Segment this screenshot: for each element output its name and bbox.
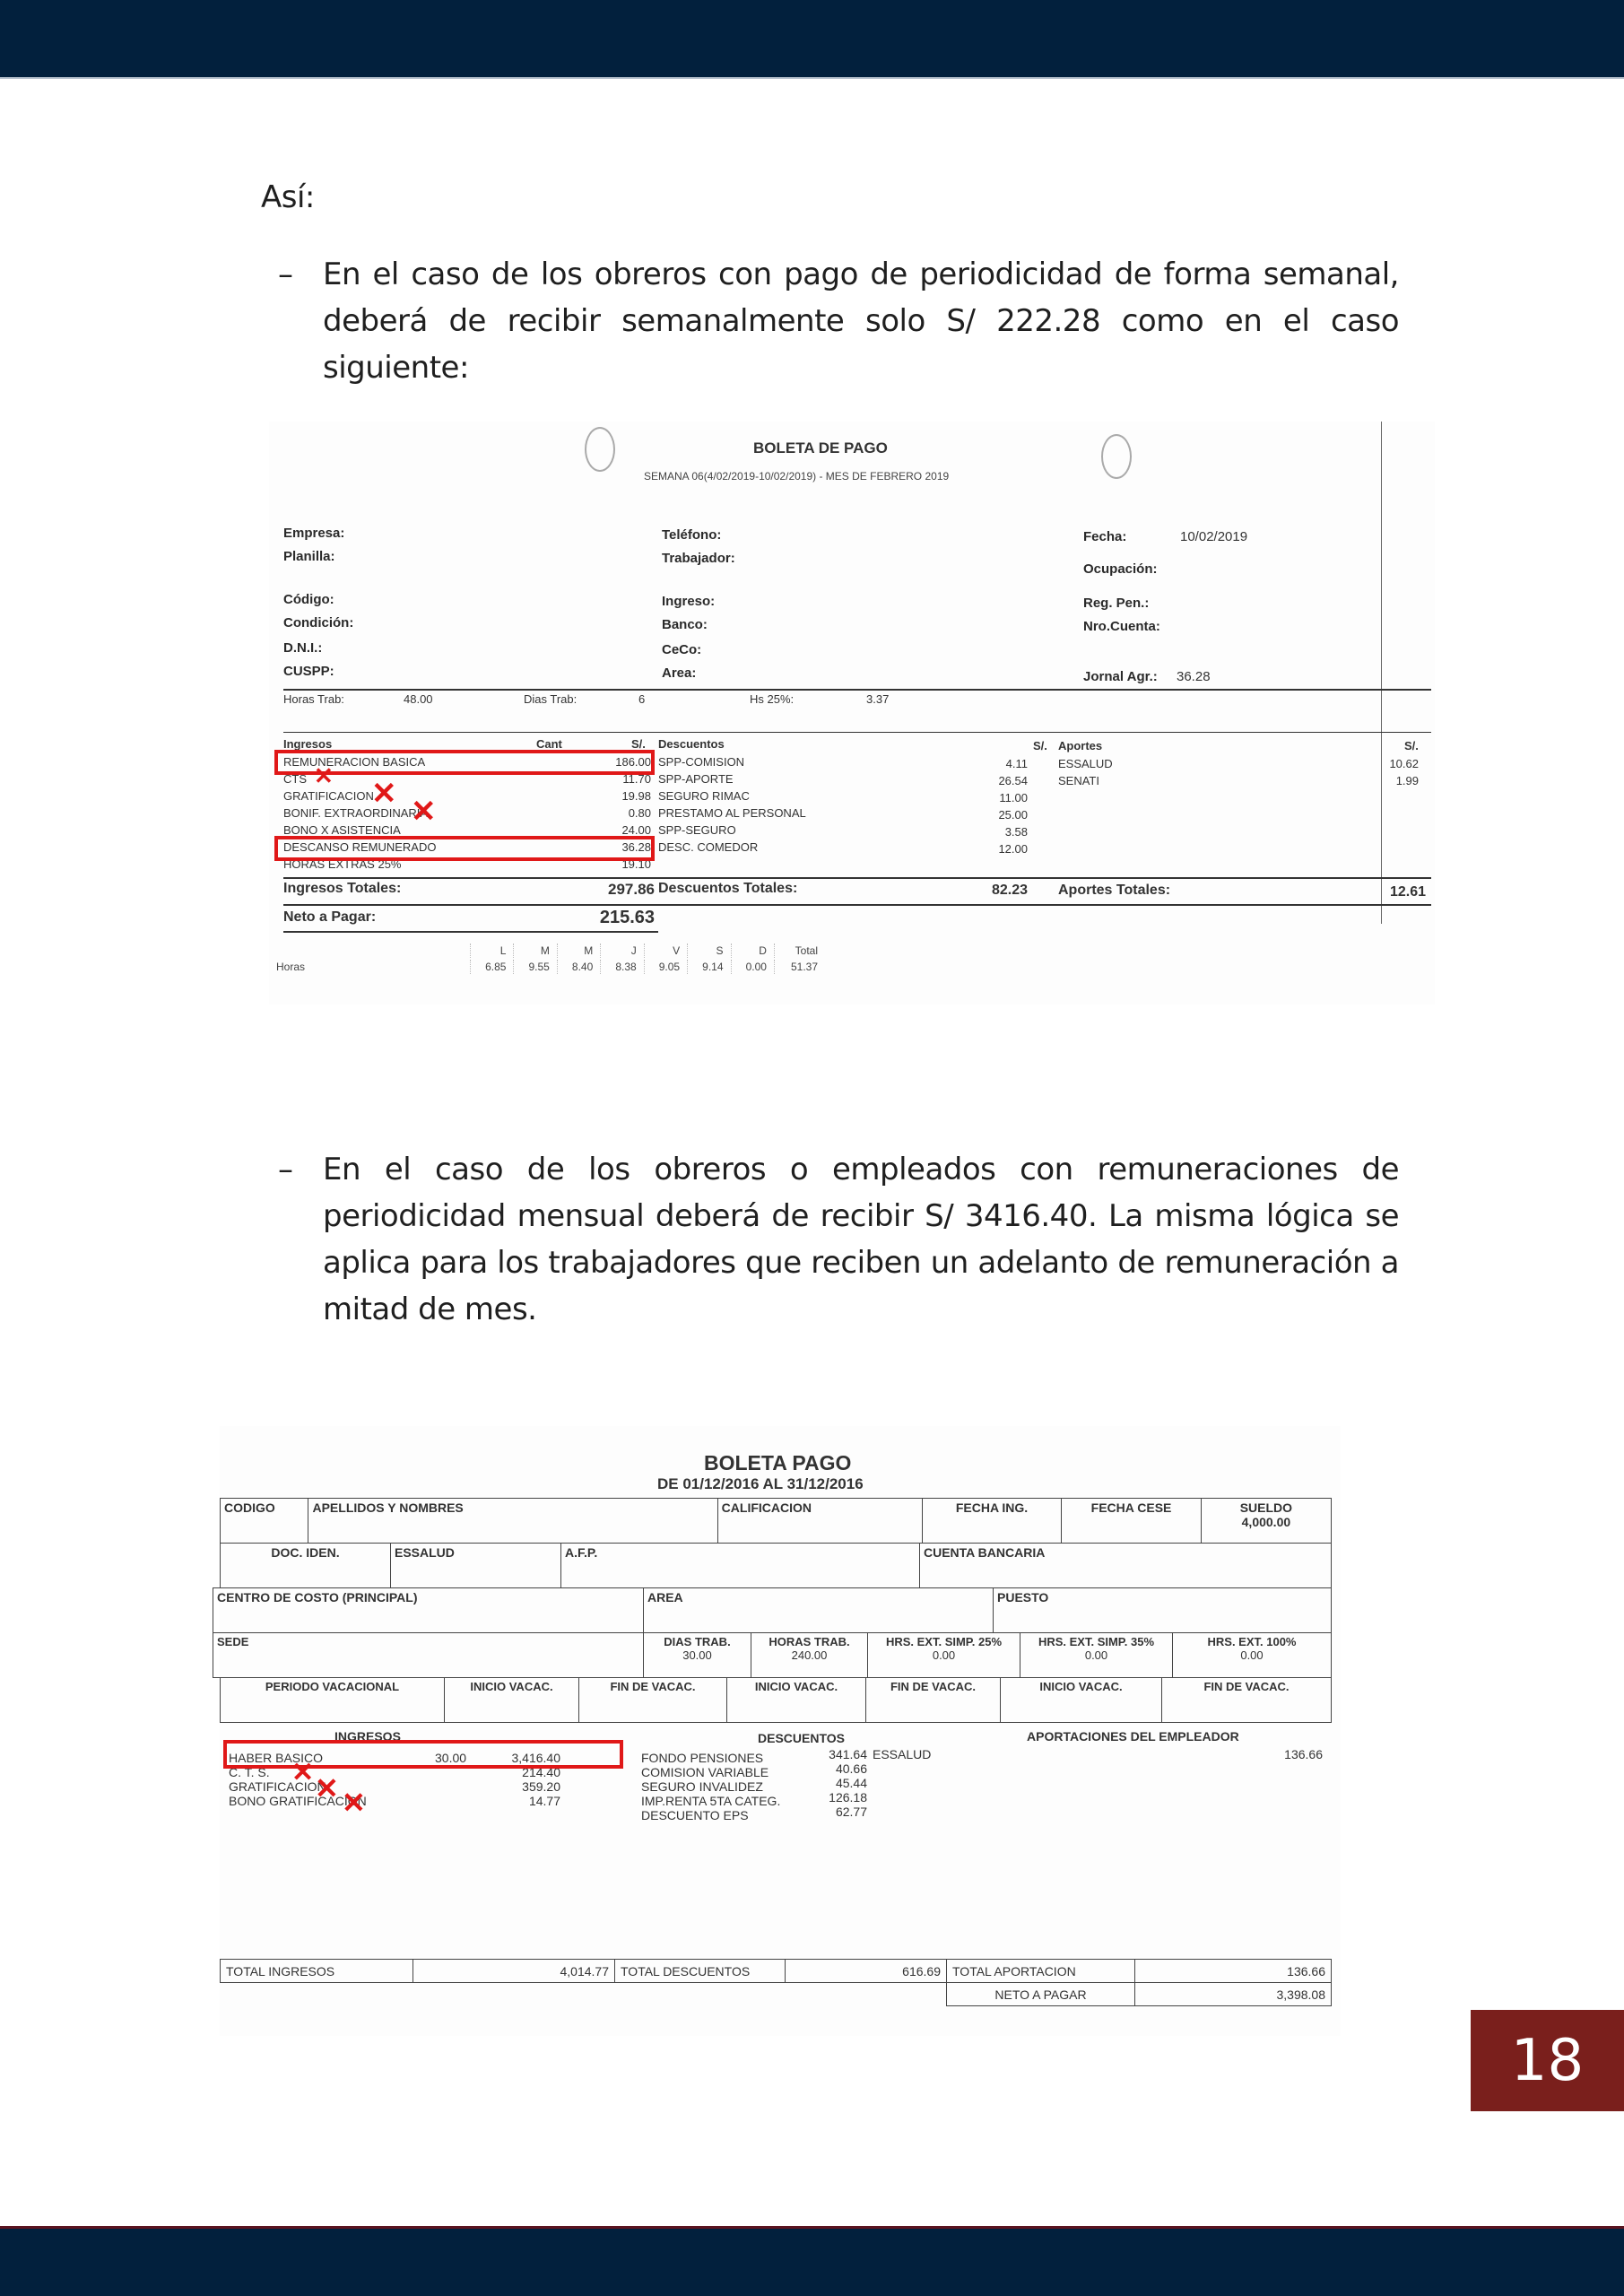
divider [283, 689, 1431, 691]
aporte-label: SENATI [1058, 774, 1099, 787]
divider [1381, 422, 1382, 924]
hours-value: 9.55 [513, 960, 554, 974]
trabajador-label: Trabajador: [662, 551, 735, 566]
payslip-period: SEMANA 06(4/02/2019-10/02/2019) - MES DE… [644, 470, 949, 483]
cross-mark-icon: ✕ [314, 764, 334, 787]
cross-mark-icon: ✕ [371, 778, 397, 809]
hrs100-label: HRS. EXT. 100% [1177, 1635, 1327, 1648]
bullet-monthly: – En el caso de los obreros o empleados … [278, 1146, 1399, 1333]
ingresos-totales-value: 297.86 [565, 881, 655, 899]
aportaciones-header: APORTACIONES DEL EMPLEADOR [1027, 1729, 1239, 1744]
ingreso-value: 0.80 [579, 806, 651, 820]
descuento-value: 11.00 [956, 791, 1028, 804]
hrs35-value: 0.00 [1024, 1648, 1168, 1662]
hours-value: 8.40 [557, 960, 598, 974]
descuento-label: SPP-APORTE [658, 772, 734, 786]
sueldo-cell: SUELDO 4,000.00 [1201, 1499, 1331, 1544]
descuento-label: SPP-SEGURO [658, 823, 736, 837]
intro-text: Así: [261, 179, 315, 215]
telefono-label: Teléfono: [662, 527, 721, 543]
hours-grid: SEDE DIAS TRAB. 30.00 HORAS TRAB. 240.00… [213, 1632, 1332, 1678]
hrs35-cell: HRS. EXT. SIMP. 35% 0.00 [1020, 1633, 1173, 1678]
dni-label: D.N.I.: [283, 640, 322, 656]
total-descuentos-value: 616.69 [786, 1960, 947, 1983]
ingresos-header: Ingresos [283, 737, 332, 751]
area-label: Area: [662, 665, 696, 681]
planilla-label: Planilla: [283, 549, 335, 564]
cross-mark-icon: ✕ [342, 1788, 366, 1817]
ingresos-totales-label: Ingresos Totales: [283, 881, 401, 897]
descuento-value: 4.11 [956, 757, 1028, 770]
vacation-grid: PERIODO VACACIONAL INICIO VACAC. FIN DE … [220, 1677, 1332, 1723]
bullet-dash: – [278, 251, 293, 298]
ingreso-value: 359.20 [480, 1779, 560, 1794]
highlight-haber-basico [223, 1740, 623, 1769]
hours-value: 9.14 [687, 960, 728, 974]
hrs25-cell: HRS. EXT. SIMP. 25% 0.00 [868, 1633, 1020, 1678]
neto-label: Neto a Pagar: [283, 909, 376, 926]
cross-mark-icon: ✕ [315, 1774, 339, 1803]
bullet-weekly: – En el caso de los obreros con pago de … [278, 251, 1399, 391]
page-number-badge: 18 [1471, 2010, 1624, 2111]
hs25-label: Hs 25%: [750, 692, 794, 706]
inicio-vacac-cell: INICIO VACAC. [445, 1678, 579, 1723]
soles-header-2: S/. [1033, 739, 1047, 752]
descuentos-header: DESCUENTOS [758, 1731, 845, 1745]
descuento-value: 25.00 [956, 808, 1028, 822]
fecha-ing-cell: FECHA ING. [922, 1499, 1062, 1544]
ingreso-label: GRATIFICACION [283, 789, 374, 803]
empresa-label: Empresa: [283, 526, 344, 541]
descuento-label: FONDO PENSIONES [641, 1751, 763, 1765]
soles-header: S/. [631, 737, 646, 751]
fecha-cese-cell: FECHA CESE [1062, 1499, 1202, 1544]
codigo-cell: CODIGO [221, 1499, 308, 1544]
cuspp-label: CUSPP: [283, 664, 334, 679]
dias-trab-value: 30.00 [647, 1648, 747, 1662]
total-descuentos-label: TOTAL DESCUENTOS [615, 1960, 786, 1983]
ingreso-label: BONO X ASISTENCIA [283, 823, 401, 837]
payslip-monthly: BOLETA PAGO DE 01/12/2016 AL 31/12/2016 … [220, 1426, 1341, 2036]
day-header: M [557, 944, 598, 958]
dias-trab-label: DIAS TRAB. [647, 1635, 747, 1648]
divider [283, 904, 1431, 906]
descuento-label: DESC. COMEDOR [658, 840, 758, 854]
aporte-value: 1.99 [1347, 774, 1419, 787]
horas-trab-value: 48.00 [404, 692, 433, 706]
inicio-vacac-cell: INICIO VACAC. [727, 1678, 866, 1723]
descuento-value: 341.64 [786, 1747, 867, 1761]
horas-trab-label: Horas Trab: [283, 692, 344, 706]
fecha-value: 10/02/2019 [1180, 529, 1247, 544]
hours-row-label: Horas [271, 960, 468, 974]
hours-value: 51.37 [774, 960, 823, 974]
fin-vacac-cell: FIN DE VACAC. [579, 1678, 727, 1723]
periodo-vacacional-cell: PERIODO VACACIONAL [221, 1678, 445, 1723]
descuento-label: COMISION VARIABLE [641, 1765, 769, 1779]
fin-vacac-cell: FIN DE VACAC. [1162, 1678, 1332, 1723]
descuento-label: SEGURO INVALIDEZ [641, 1779, 763, 1794]
descuento-value: 40.66 [786, 1761, 867, 1776]
bullet-monthly-text: En el caso de los obreros o empleados co… [323, 1146, 1399, 1333]
hole-punch-mark [1101, 434, 1132, 479]
descuento-label: SPP-COMISION [658, 755, 744, 769]
hours-value: 8.38 [600, 960, 641, 974]
employee-info-grid-row2: DOC. IDEN. ESSALUD A.F.P. CUENTA BANCARI… [220, 1543, 1332, 1588]
day-header: L [470, 944, 511, 958]
cross-mark-icon: ✕ [291, 1760, 314, 1787]
hours-value: 6.85 [470, 960, 511, 974]
puesto-cell: PUESTO [994, 1588, 1332, 1633]
apellidos-cell: APELLIDOS Y NOMBRES [308, 1499, 717, 1544]
hours-table-row: Horas 6.85 9.55 8.40 8.38 9.05 9.14 0.00… [271, 960, 823, 974]
sueldo-label: SUELDO [1205, 1500, 1327, 1515]
header-band [0, 0, 1624, 79]
sede-cell: SEDE [213, 1633, 644, 1678]
aportacion-label: ESSALUD [873, 1747, 931, 1761]
hours-table-header: L M M J V S D Total [271, 944, 823, 958]
inicio-vacac-cell: INICIO VACAC. [1001, 1678, 1162, 1723]
descuento-label: SEGURO RIMAC [658, 789, 750, 803]
day-header: S [687, 944, 728, 958]
total-ingresos-label: TOTAL INGRESOS [221, 1960, 413, 1983]
descuentos-totales-label: Descuentos Totales: [658, 881, 797, 897]
hrs100-value: 0.00 [1177, 1648, 1327, 1662]
dias-trab-cell: DIAS TRAB. 30.00 [644, 1633, 751, 1678]
codigo-label: Código: [283, 592, 334, 607]
nro-cuenta-label: Nro.Cuenta: [1083, 619, 1160, 634]
hours-value: 0.00 [731, 960, 772, 974]
dias-trab-label: Dias Trab: [524, 692, 577, 706]
cross-mark-icon: ✕ [411, 796, 437, 827]
neto-value: 215.63 [547, 908, 655, 928]
divider [283, 931, 658, 933]
day-header: V [644, 944, 685, 958]
payslip-weekly: BOLETA DE PAGO SEMANA 06(4/02/2019-10/02… [269, 422, 1435, 1004]
centro-costo-cell: CENTRO DE COSTO (PRINCIPAL) [213, 1588, 644, 1633]
total-ingresos-value: 4,014.77 [413, 1960, 615, 1983]
day-header: J [600, 944, 641, 958]
totals-table: TOTAL INGRESOS 4,014.77 TOTAL DESCUENTOS… [220, 1959, 1332, 2006]
descuento-value: 126.18 [786, 1790, 867, 1805]
payslip-title: BOLETA PAGO [704, 1451, 851, 1475]
afp-cell: A.F.P. [561, 1544, 920, 1588]
ingreso-label: Ingreso: [662, 594, 715, 609]
descuento-value: 62.77 [786, 1805, 867, 1819]
doc-iden-cell: DOC. IDEN. [221, 1544, 391, 1588]
employee-info-grid-row3: CENTRO DE COSTO (PRINCIPAL) AREA PUESTO [213, 1587, 1332, 1633]
total-aportacion-label: TOTAL APORTACION [947, 1960, 1135, 1983]
ingreso-value: 14.77 [480, 1794, 560, 1808]
aporte-label: ESSALUD [1058, 757, 1113, 770]
hours-value: 9.05 [644, 960, 685, 974]
footer-band [0, 2226, 1624, 2296]
essalud-cell: ESSALUD [391, 1544, 561, 1588]
ocupacion-label: Ocupación: [1083, 561, 1158, 577]
dias-trab-value: 6 [638, 692, 645, 706]
neto-value: 3,398.08 [1135, 1983, 1332, 2006]
hrs25-value: 0.00 [872, 1648, 1016, 1662]
aporte-value: 10.62 [1347, 757, 1419, 770]
payslip-title: BOLETA DE PAGO [753, 439, 888, 457]
descuento-value: 45.44 [786, 1776, 867, 1790]
hrs35-label: HRS. EXT. SIMP. 35% [1024, 1635, 1168, 1648]
fin-vacac-cell: FIN DE VACAC. [866, 1678, 1001, 1723]
horas-trab-value: 240.00 [755, 1648, 864, 1662]
descuento-value: 26.54 [956, 774, 1028, 787]
sueldo-value: 4,000.00 [1205, 1515, 1327, 1529]
divider [283, 877, 1431, 879]
descuento-value: 12.00 [956, 842, 1028, 856]
descuento-label: IMP.RENTA 5TA CATEG. [641, 1794, 780, 1808]
employee-info-grid-row1: CODIGO APELLIDOS Y NOMBRES CALIFICACION … [220, 1498, 1332, 1544]
bullet-weekly-text: En el caso de los obreros con pago de pe… [323, 251, 1399, 391]
condicion-label: Condición: [283, 615, 353, 631]
hole-punch-mark [585, 427, 615, 472]
hours-table: L M M J V S D Total Horas 6.85 9.55 8.40… [269, 942, 825, 976]
jornal-label: Jornal Agr.: [1083, 669, 1158, 684]
aportes-header: Aportes [1058, 739, 1102, 752]
day-header: D [731, 944, 772, 958]
cant-header: Cant [536, 737, 562, 751]
reg-pen-label: Reg. Pen.: [1083, 596, 1149, 611]
highlight-descanso-remunerado [274, 836, 655, 861]
calificacion-cell: CALIFICACION [717, 1499, 922, 1544]
bullet-dash: – [278, 1146, 293, 1193]
aportes-totales-value: 12.61 [1342, 884, 1426, 900]
area-cell: AREA [644, 1588, 994, 1633]
descuentos-header: Descuentos [658, 737, 725, 751]
day-header: Total [774, 944, 823, 958]
soles-header-3: S/. [1404, 739, 1419, 752]
jornal-value: 36.28 [1177, 669, 1211, 684]
cuenta-bancaria-cell: CUENTA BANCARIA [920, 1544, 1332, 1588]
ingreso-label: BONIF. EXTRAORDINARIA [283, 806, 428, 820]
hs25-value: 3.37 [866, 692, 889, 706]
descuentos-totales-value: 82.23 [938, 883, 1028, 899]
fecha-label: Fecha: [1083, 529, 1126, 544]
total-aportacion-value: 136.66 [1135, 1960, 1332, 1983]
horas-trab-cell: HORAS TRAB. 240.00 [751, 1633, 868, 1678]
payslip-period: DE 01/12/2016 AL 31/12/2016 [657, 1475, 864, 1493]
banco-label: Banco: [662, 617, 708, 632]
neto-label: NETO A PAGAR [947, 1983, 1135, 2006]
hrs100-cell: HRS. EXT. 100% 0.00 [1173, 1633, 1332, 1678]
aportes-totales-label: Aportes Totales: [1058, 883, 1170, 899]
ingreso-value: 19.98 [579, 789, 651, 803]
descuento-label: DESCUENTO EPS [641, 1808, 749, 1822]
divider [283, 732, 1431, 733]
ceco-label: CeCo: [662, 642, 701, 657]
horas-trab-label: HORAS TRAB. [755, 1635, 864, 1648]
descuento-label: PRESTAMO AL PERSONAL [658, 806, 806, 820]
aportacion-value: 136.66 [1260, 1747, 1323, 1761]
descuento-value: 3.58 [956, 825, 1028, 839]
hrs25-label: HRS. EXT. SIMP. 25% [872, 1635, 1016, 1648]
day-header: M [513, 944, 554, 958]
ingreso-value: 24.00 [579, 823, 651, 837]
